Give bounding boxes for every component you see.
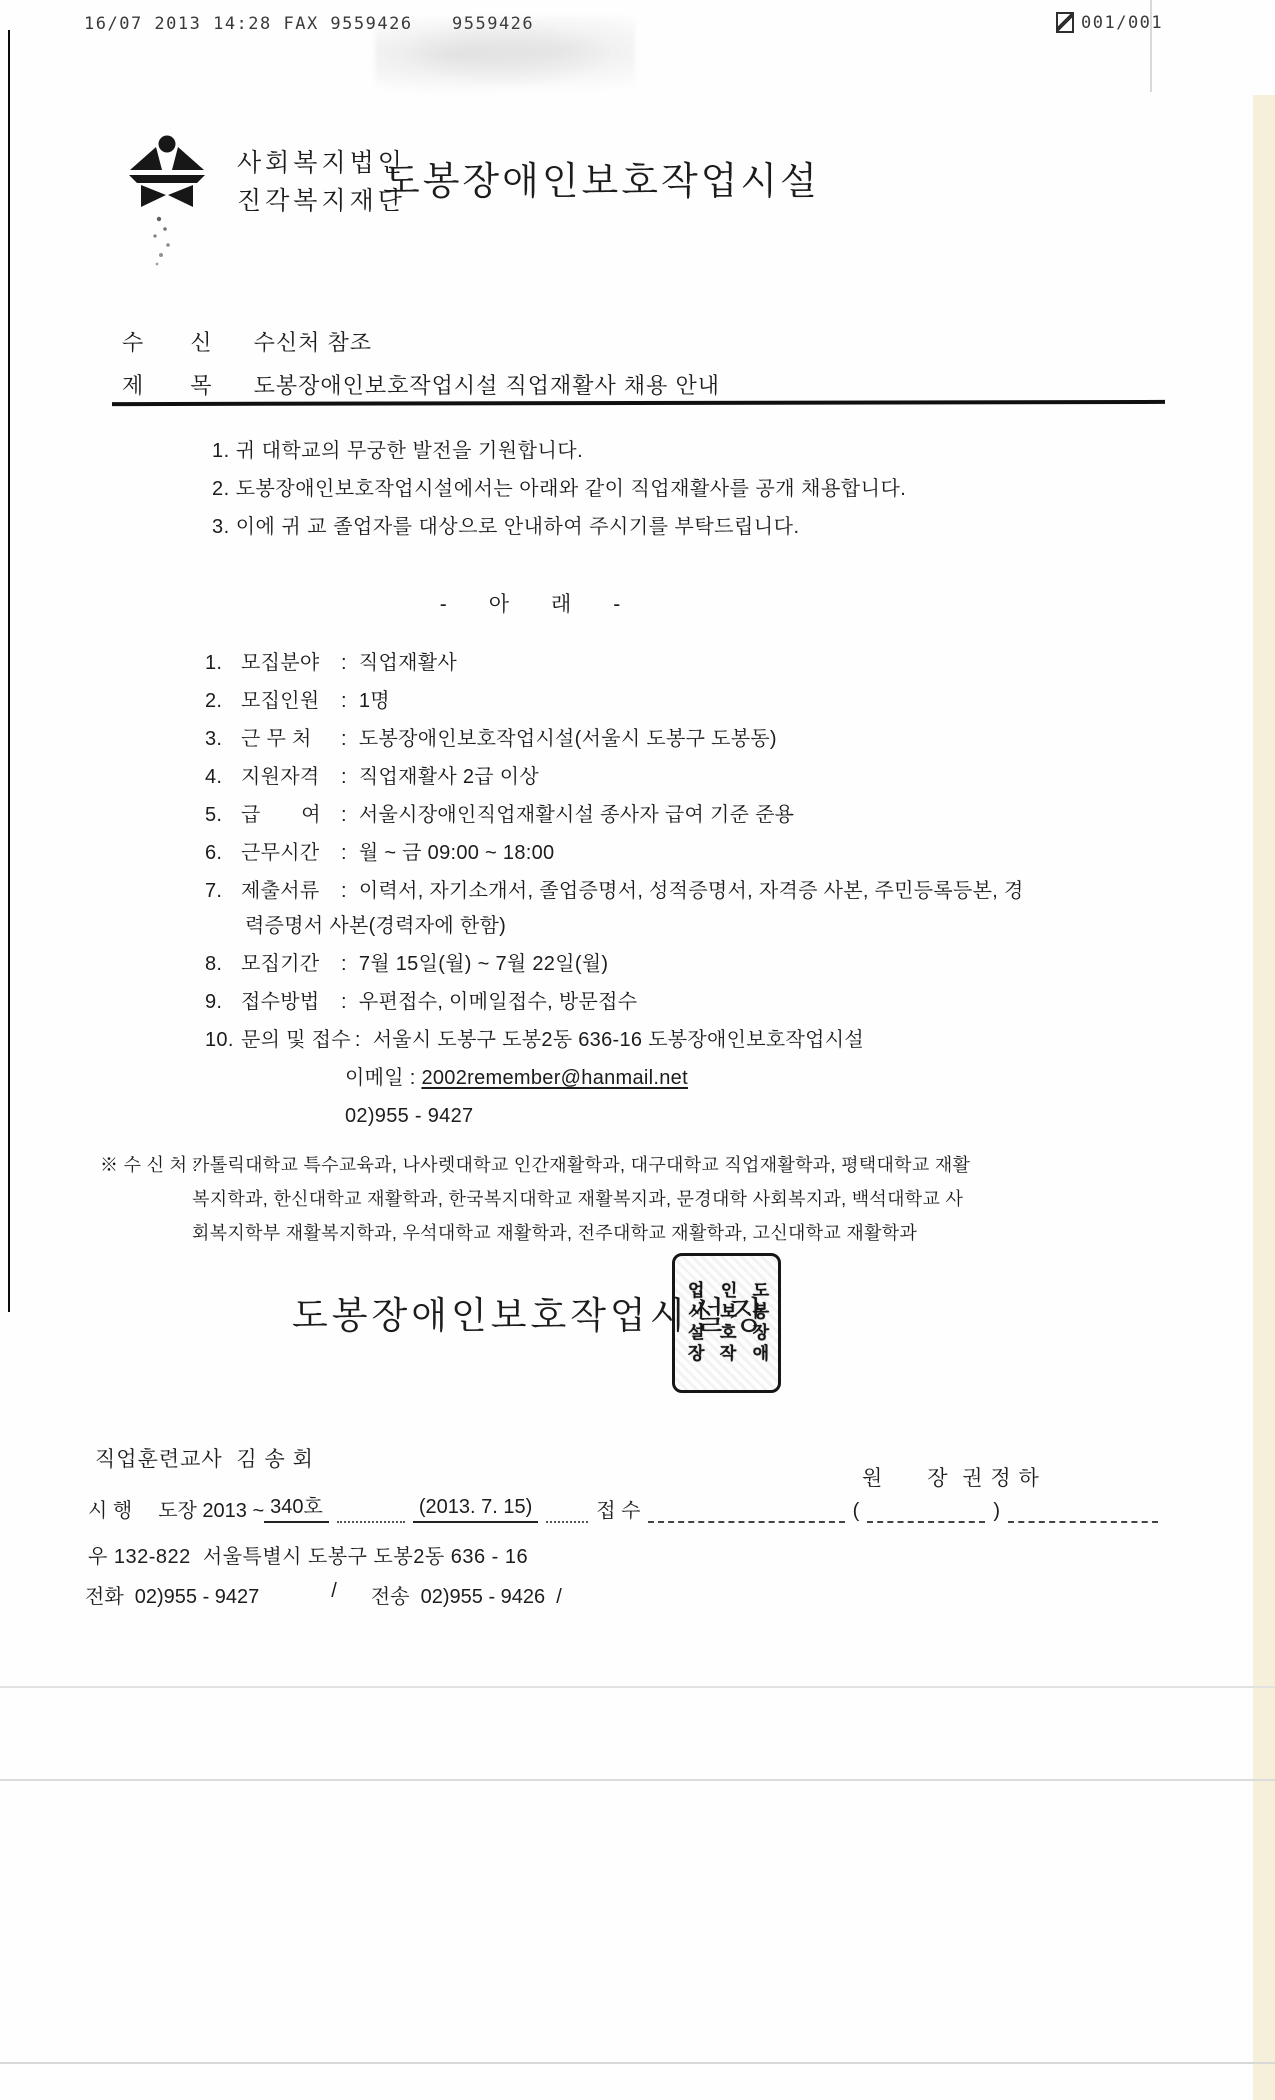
recipient-list-footnote: ※ 수 신 처 : 가톨릭대학교 특수교육과, 나사렛대학교 인간재활학과, 대… [100, 1148, 980, 1250]
paren-open: ( [853, 1500, 860, 1523]
dashed-leader [1008, 1505, 1158, 1523]
tel-number: 전화 02)955 - 9427 [85, 1580, 259, 1609]
footnote-label: ※ 수 신 처 : [100, 1148, 198, 1182]
postal-address: 우 132-822 서울특별시 도봉구 도봉2동 636 - 16 [88, 1540, 528, 1569]
page-icon [1056, 12, 1074, 33]
detail-row: 3.근 무 처:도봉장애인보호작업시설(서울시 도봉구 도봉동) [205, 728, 1024, 751]
fax-page-indicator: 001/001 [1056, 12, 1163, 33]
recipient-label: 수 신 [122, 326, 213, 357]
contact-email-row: 이메일 : 2002remember@hanmail.net [205, 1067, 1024, 1090]
dotted-leader [337, 1505, 405, 1523]
header-divider [112, 400, 1165, 406]
facility-title: 도봉장애인보호작업시설 [383, 150, 820, 205]
intro-line: 2. 도봉장애인보호작업시설에서는 아래와 같이 직업재활사를 공개 채용합니다… [212, 470, 906, 508]
receipt-label: 접 수 [596, 1494, 640, 1523]
job-detail-list: 1.모집분야:직업재활사 2.모집인원:1명 3.근 무 처:도봉장애인보호작업… [205, 652, 1024, 1143]
dotted-leader [546, 1505, 588, 1523]
staff-name: 직업훈련교사 김 송 회 [95, 1443, 314, 1473]
foundation-logo-icon [127, 133, 207, 278]
intro-line: 1. 귀 대학교의 무궁한 발전을 기원합니다. [212, 432, 906, 470]
intro-line: 3. 이에 귀 교 졸업자를 대상으로 안내하여 주시기를 부탁드립니다. [212, 508, 906, 546]
detail-row: 2.모집인원:1명 [205, 690, 1024, 713]
scan-artifact-hline [0, 1779, 1275, 1781]
contact-phone: 02)955 - 9427 [345, 1105, 473, 1128]
scanned-fax-document: 16/07 2013 14:28 FAX 9559426 9559426 001… [0, 0, 1275, 2100]
phone-row: 전화 02)955 - 9427 / 전송 02)955 - 9426 / [85, 1580, 562, 1609]
contact-phone-row: 02)955 - 9427 [205, 1105, 1024, 1128]
recipient-row: 수 신 수신처 참조 [122, 326, 372, 357]
org-line1: 사회복지법인 [237, 144, 406, 182]
seal-text-column: 인보호작 [713, 1281, 739, 1365]
scan-artifact-vline [8, 30, 10, 1312]
detail-row: 6.근무시간:월 ~ 금 09:00 ~ 18:00 [205, 842, 1024, 865]
official-seal-stamp: 도봉장애 인보호작 업시설장 [672, 1253, 781, 1393]
detail-row: 1.모집분야:직업재활사 [205, 652, 1024, 675]
separator-slash: / [331, 1580, 337, 1609]
fax-header: 16/07 2013 14:28 FAX 9559426 9559426 001… [0, 12, 1275, 42]
dashed-leader [867, 1505, 985, 1523]
scan-edge-strip [1253, 95, 1275, 2100]
scan-artifact-vline [1150, 0, 1152, 92]
subject-row: 제 목 도봉장애인보호작업시설 직업재활사 채용 안내 [122, 369, 720, 400]
detail-row: 5.급 여:서울시장애인직업재활시설 종사자 급여 기준 준용 [205, 804, 1024, 827]
dispatch-row: 시 행 도장 2013 ~ 340호 (2013. 7. 15) 접 수 ( ) [88, 1490, 1166, 1523]
detail-row: 7.제출서류:이력서, 자기소개서, 졸업증명서, 성적증명서, 자격증 사본,… [205, 880, 1024, 903]
email-label: 이메일 : [345, 1067, 421, 1090]
detail-row-continuation: 력증명서 사본(경력자에 한함) [205, 915, 1024, 938]
doc-number-prefix: 도장 2013 ~ [158, 1494, 264, 1523]
scan-smudge-artifact [375, 16, 635, 101]
dashed-leader [648, 1505, 844, 1523]
dispatch-label: 시 행 [88, 1494, 132, 1523]
detail-row: 4.지원자격:직업재활사 2급 이상 [205, 766, 1024, 789]
seal-text-column: 업시설장 [682, 1281, 707, 1365]
subject-value: 도봉장애인보호작업시설 직업재활사 채용 안내 [254, 373, 720, 398]
paren-close: ) [993, 1500, 1000, 1523]
detail-row: 10.문의 및 접수:서울시 도봉구 도봉2동 636-16 도봉장애인보호작업… [205, 1029, 1024, 1052]
detail-row: 8.모집기간:7월 15일(월) ~ 7월 22일(월) [205, 953, 1024, 976]
intro-paragraphs: 1. 귀 대학교의 무궁한 발전을 기원합니다. 2. 도봉장애인보호작업시설에… [212, 432, 906, 546]
organization-name: 사회복지법인 진각복지재단 [237, 144, 406, 220]
fax-timestamp: 16/07 2013 14:28 FAX 9559426 [84, 14, 413, 34]
contact-email: 2002remember@hanmail.net [421, 1067, 688, 1090]
dispatch-date: (2013. 7. 15) [413, 1496, 538, 1523]
detail-row: 9.접수방법:우편접수, 이메일접수, 방문접수 [205, 991, 1024, 1014]
org-line2: 진각복지재단 [237, 182, 406, 220]
scan-artifact-hline [0, 2062, 1275, 2064]
doc-number: 340호 [264, 1490, 329, 1523]
recipient-value: 수신처 참조 [254, 330, 372, 355]
seal-text-column: 도봉장애 [746, 1281, 771, 1365]
subject-label: 제 목 [122, 369, 213, 400]
fax-number-line: 전송 02)955 - 9426 / [371, 1580, 562, 1609]
below-section-marker: - 아 래 - [330, 588, 730, 618]
footnote-text: 가톨릭대학교 특수교육과, 나사렛대학교 인간재활학과, 대구대학교 직업재활학… [100, 1148, 980, 1250]
scan-artifact-hline [0, 1686, 1275, 1688]
director-name: 원 장 권 정 하 [862, 1462, 1040, 1492]
